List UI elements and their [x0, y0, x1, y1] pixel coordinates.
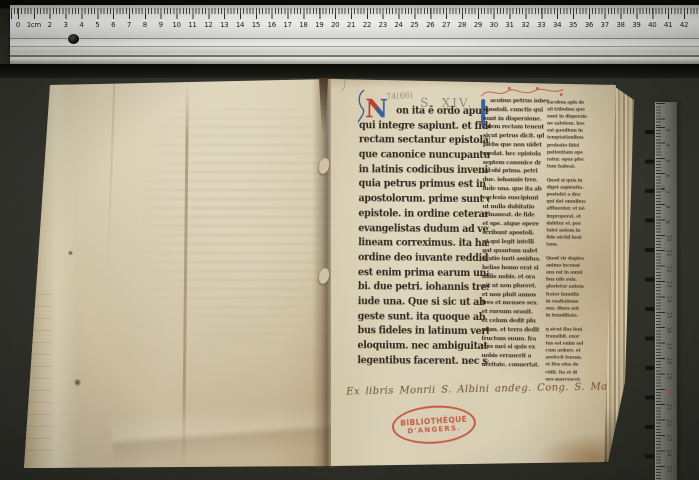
library-stamp: BIBLIOTHÈQUE D'ANGERS.	[391, 403, 477, 446]
ruler-number: 30	[490, 21, 498, 29]
manuscript-text-line: plebs que non uidet	[483, 141, 548, 150]
ruler-hanging-hole	[68, 34, 79, 44]
ruler-number: 35	[569, 21, 577, 29]
ruler-number: 32	[521, 21, 529, 29]
middle-text-column: acobus petrus iohēsapostoli. cunctis qui…	[481, 97, 548, 370]
ink-showthrough	[142, 108, 338, 348]
manuscript-text-line: et non pluit annos	[482, 291, 547, 300]
ruler-number: 11	[188, 21, 196, 29]
wormhole-spot	[74, 378, 81, 387]
ruler-number: 6	[111, 21, 115, 29]
pencil-shelfmark: 74(66)	[386, 91, 413, 102]
manuscript-text-line: iude una. que ita ab	[483, 185, 548, 194]
ruler-number: 12	[204, 21, 212, 29]
gloss-text-line: in humilitate.	[546, 312, 609, 320]
corner-fold-crease	[107, 83, 116, 273]
gloss-text-line: glorietur autem	[546, 284, 609, 292]
ruler-number: 24	[666, 450, 672, 457]
vertical-ruler-unit-label: cm	[660, 185, 665, 192]
manuscript-text-line: on ita ē ordo apud grecos	[359, 104, 490, 120]
ruler-number: 39	[632, 21, 640, 29]
ruler-number: 7	[127, 21, 131, 29]
manuscript-text-line: uobis errauerit a	[481, 352, 546, 361]
ruler-number: 36	[585, 21, 593, 29]
manuscript-text-line: epistole. in ordine ceterarum. Sed sicut	[358, 207, 489, 223]
ruler-number: 14	[236, 21, 244, 29]
manuscript-text-line: septem canonice dr	[483, 159, 548, 168]
manuscript-text-line: remaneat. de fide	[482, 211, 547, 220]
gloss-text-line: frater humilis	[546, 291, 609, 299]
gloss-text-line: et flos eius de	[545, 362, 608, 370]
manuscript-text-line: fructum suum. fra	[482, 335, 547, 344]
ruler-number: 5	[95, 21, 99, 29]
manuscript-text-line: uiam. et terra dedit	[482, 326, 547, 335]
ruler-number: 27	[442, 21, 450, 29]
ruler-number: 10	[172, 21, 180, 29]
corner-stain	[538, 432, 633, 465]
manuscript-text-line: acobus petrus iohēs	[483, 97, 548, 106]
ruler-number: 0	[16, 21, 20, 29]
ruler-number: 16	[666, 327, 672, 334]
ruler-number: 12	[666, 265, 672, 272]
ruler-number: 33	[537, 21, 545, 29]
manuscript-text-line: iude una. Que si sic ut ab eis di	[358, 295, 489, 311]
gloss-text-line: dabitur ei. pos	[546, 220, 609, 228]
ruler-number: 25	[666, 465, 672, 472]
sewing-support	[317, 157, 331, 175]
ruler-number: 42	[680, 21, 688, 29]
manuscript-text-line: apostolorum. prime sunt etiam eius	[358, 192, 489, 208]
left-page-blank-parchment	[22, 78, 332, 470]
ruler-number: 2	[48, 21, 52, 29]
manuscript-text-line: helias homo erat si	[482, 264, 547, 273]
spine-fold-lines	[26, 294, 52, 459]
vertical-ruler: 345678910111213141516171819202122232425 …	[655, 102, 677, 480]
manuscript-text-line: eloquium. nec ambiguitatem	[357, 339, 488, 355]
ruler-number: 5	[664, 159, 670, 163]
gutter-shadow-wedge	[316, 78, 331, 136]
ruler-number: 31	[505, 21, 513, 29]
manuscript-text-line: legentibus facerent. nec sermonum	[357, 353, 488, 369]
manuscript-text-line: ueritate. conuertat.	[481, 361, 546, 370]
ruler-number: 23	[666, 435, 672, 442]
parchment-wrinkle	[111, 400, 334, 465]
manuscript-text-line: milis nobis. et ora	[482, 273, 547, 282]
gloss-text-line: improperat. et	[546, 213, 609, 221]
gloss-text-line: in exaltatione	[546, 298, 609, 306]
stain-spot	[68, 250, 73, 256]
ruler-number: 20	[331, 21, 339, 29]
ruler-number: 18	[666, 358, 672, 365]
manuscript-text-line: apostoli. cunctis qui	[483, 106, 548, 115]
ruler-number: 4	[79, 21, 83, 29]
manuscript-text-line: tres et menses sex.	[482, 299, 547, 308]
ruler-number: 9	[159, 21, 163, 29]
ruler-number: 29	[474, 21, 482, 29]
ruler-number: 21	[666, 404, 672, 411]
manuscript-text-line: gat quantum ualet	[482, 247, 547, 256]
gloss-text-line: probatio fidei	[547, 142, 610, 150]
manuscript-text-line: que canonice nuncupantur: sic	[359, 148, 490, 164]
manuscript-text-line: oratio iusti assidua.	[482, 255, 547, 264]
right-page-text: 74(66) S. XIV. N on ita ē ordo apud grec…	[331, 78, 621, 468]
ruler-number: 37	[601, 21, 609, 29]
ruler-number: 6	[664, 174, 670, 178]
manuscript-text-line: sunt in dispersione.	[483, 115, 548, 124]
manuscript-text-line: et celum dedit plu	[482, 317, 547, 326]
manuscript-photograph: 01cm234567891011121314151617181920212223…	[0, 0, 699, 480]
ruler-scale-numbers: 01cm234567891011121314151617181920212223…	[10, 5, 699, 64]
manuscript-text-line: lineam correximus. ita has proprio	[358, 236, 489, 252]
ruler-number: 22	[363, 21, 371, 29]
ruler-number: 40	[648, 21, 656, 29]
manuscript-text-line: bi. due petri. iohannis tres. et	[358, 280, 489, 296]
ruler-number: 28	[458, 21, 466, 29]
clamp-shadow-dashes	[645, 130, 654, 462]
manuscript-text-line: fidem rectam tenent	[483, 123, 548, 132]
gloss-text-line: temptationibus	[547, 135, 610, 143]
ruler-number: 9	[664, 221, 670, 225]
manuscript-text-line: credat. hec epistola	[483, 150, 548, 159]
gloss-text-line: affluenter. et nō	[546, 206, 609, 214]
manuscript-text-line: et spe. atque opere	[482, 220, 547, 229]
ruler-number: 1cm	[27, 21, 41, 29]
manuscript-text-line: uit ut non plueret.	[482, 282, 547, 291]
manuscript-text-line: ut nulla dubitatio	[482, 203, 547, 212]
ruler-number: 17	[666, 342, 672, 349]
ruler-number: 3	[664, 128, 670, 132]
shadow-under-ruler	[0, 64, 699, 78]
ruler-number: 18	[299, 21, 307, 29]
ruler-number: 16	[268, 21, 276, 29]
ruler-number: 4	[664, 144, 670, 148]
ruler-number: 41	[664, 21, 672, 29]
ruler-number: 8	[664, 205, 670, 209]
manuscript-text-line: ordine deo iuvante reddidimus.	[358, 251, 489, 267]
ex-libris-inscription: Ex libris Monrii S. Albini andeg. Cong. …	[346, 381, 608, 397]
ruler-number: 11	[666, 250, 672, 257]
manuscript-text-line: due. iohannis tres.	[483, 176, 548, 185]
ruler-number: 15	[252, 21, 260, 29]
ruler-number: 13	[220, 21, 228, 29]
ruler-number: 19	[315, 21, 323, 29]
ruler-number: 19	[666, 373, 672, 380]
manuscript-text-line: ut qui legit intelli	[482, 238, 547, 247]
ruler-number: 23	[379, 21, 387, 29]
ruler-number: 26	[426, 21, 434, 29]
vertical-ruler-numbers: 345678910111213141516171819202122232425	[656, 102, 677, 480]
ruler-number: 15	[666, 311, 672, 318]
ruler-number: 20	[666, 388, 672, 395]
sewing-support	[317, 267, 331, 285]
ruler-number: 8	[143, 21, 147, 29]
ruler-number: 17	[283, 21, 291, 29]
manuscript-text-line: iacobi prima. petri	[483, 167, 548, 176]
ruler-number: 38	[616, 21, 624, 29]
manuscript-text-line: tres mei si quis ex	[481, 343, 546, 352]
gloss-text-line: cidit. ita et di	[545, 369, 608, 377]
ruler-number: 21	[347, 21, 355, 29]
manuscript-text-line: sicut petrus dicit. qd	[483, 132, 548, 141]
ruler-number: 24	[394, 21, 402, 29]
ruler-number: 13	[666, 281, 672, 288]
ruler-number: 22	[666, 419, 672, 426]
manuscript-text-line: scribunt apostoli.	[482, 229, 547, 238]
ruler-number: 25	[410, 21, 418, 29]
ruler-number: 3	[63, 21, 67, 29]
manuscript-text-line: et rursum orauit.	[482, 308, 547, 317]
gloss-text-column: Iacobus apls dexii tribubus quesunt in d…	[545, 99, 610, 383]
ruler-number: 10	[666, 234, 672, 241]
ruler-number: 34	[553, 21, 561, 29]
manuscript-text-line: ecclesia suscipiunt	[482, 194, 547, 203]
horizontal-ruler: 01cm234567891011121314151617181920212223…	[10, 5, 699, 64]
ruler-number: 14	[666, 296, 672, 303]
main-text-column: on ita ē ordo apud grecosqui integre sap…	[357, 104, 490, 369]
